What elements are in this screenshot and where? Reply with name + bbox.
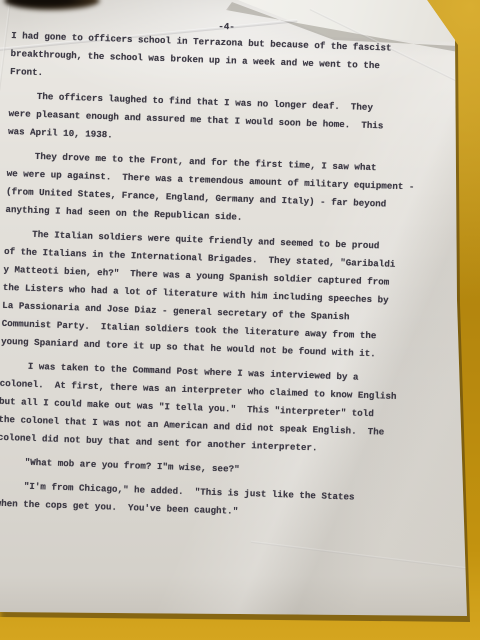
typewritten-text: -4- I had gone to officers school in Ter… [0, 12, 464, 528]
paragraph-officers-laughed: The officers laughed to find that I was … [8, 87, 462, 156]
paragraph-command-post: I was taken to the Command Post where I … [0, 357, 452, 462]
paragraph-drove-to-front: They drove me to the Front, and for the … [5, 147, 459, 234]
paper-crease [251, 541, 480, 573]
photo-scene: -4- I had gone to officers school in Ter… [0, 0, 480, 640]
paragraph-italian-soldiers: The Italian soldiers were quite friendly… [1, 225, 457, 366]
